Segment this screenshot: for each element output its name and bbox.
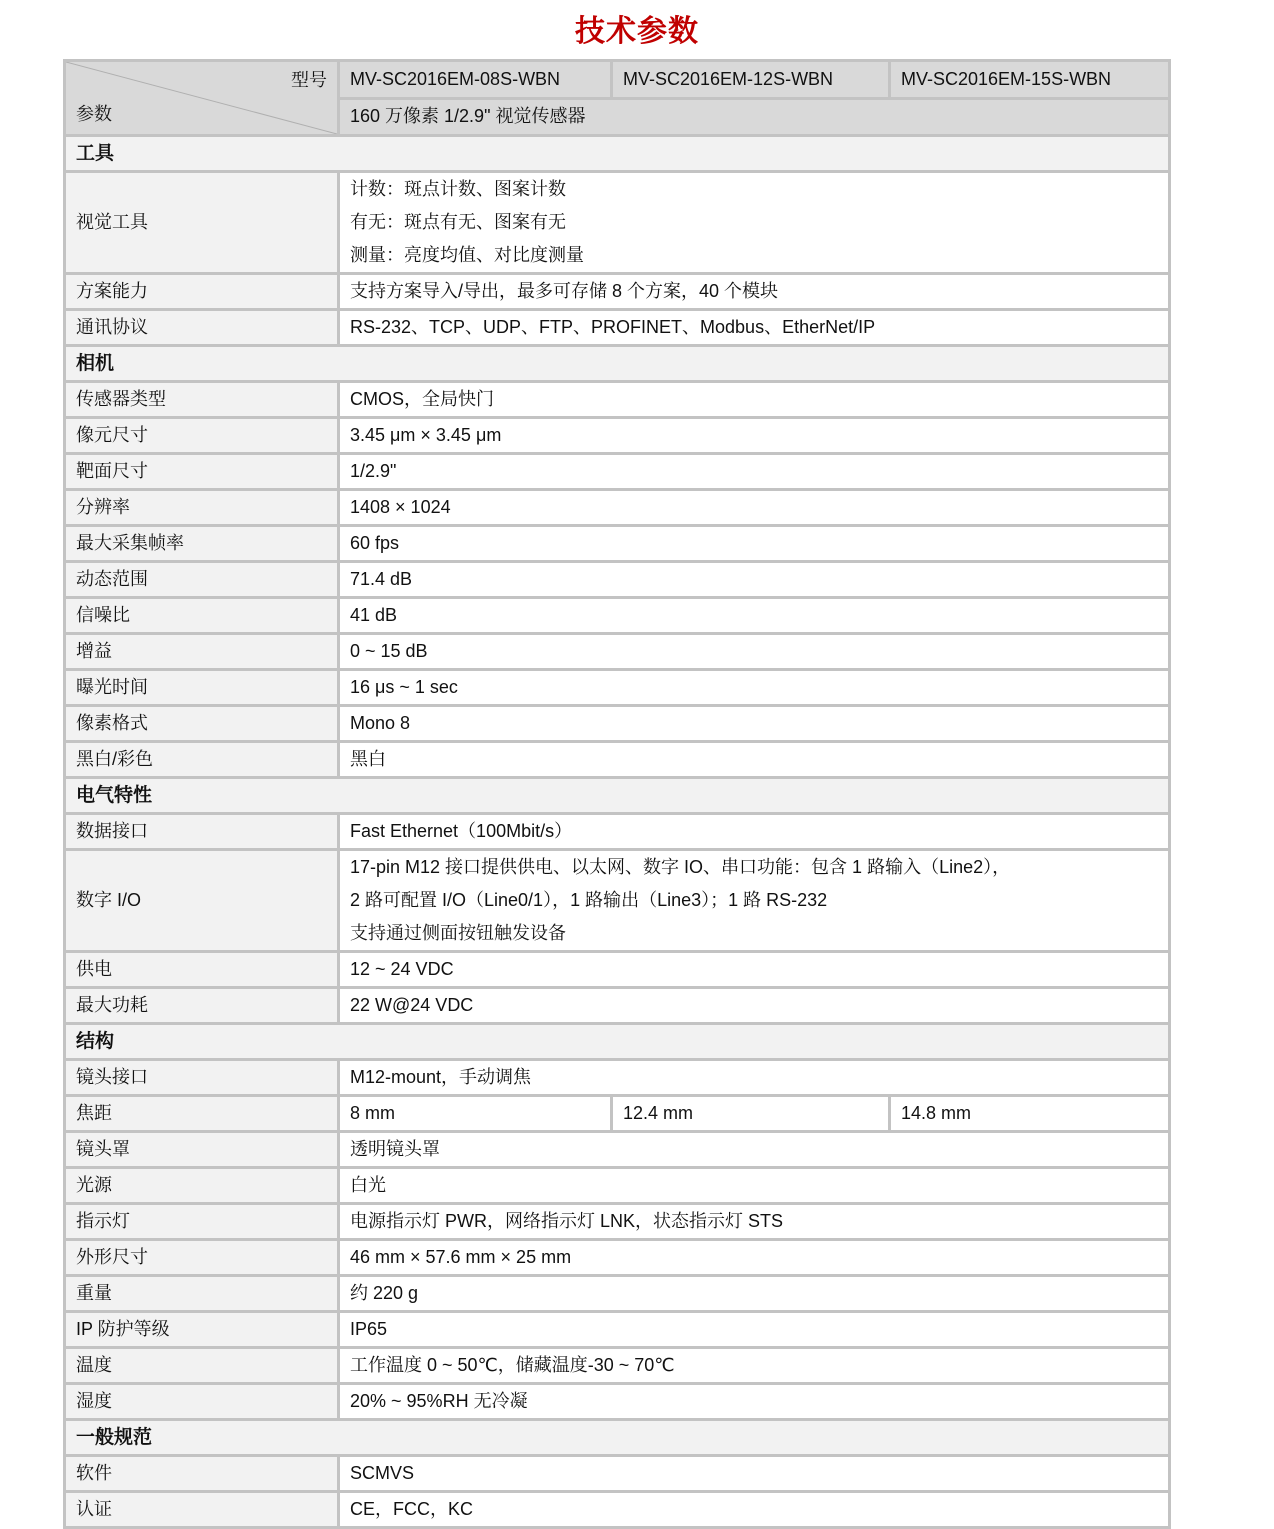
spec-label: 重量 [65, 1276, 339, 1312]
page-title: 技术参数 [0, 6, 1274, 50]
spec-label: 像元尺寸 [65, 418, 339, 454]
spec-value: M12-mount，手动调焦 [339, 1060, 1170, 1096]
model-cell: MV-SC2016EM-08S-WBN [339, 61, 612, 99]
spec-label: 最大采集帧率 [65, 526, 339, 562]
spec-label: 分辨率 [65, 490, 339, 526]
spec-value: 71.4 dB [339, 562, 1170, 598]
spec-value: 46 mm × 57.6 mm × 25 mm [339, 1240, 1170, 1276]
spec-label: 曝光时间 [65, 670, 339, 706]
spec-value: CMOS，全局快门 [339, 382, 1170, 418]
spec-value-per-model: 12.4 mm [612, 1096, 890, 1132]
spec-value-per-model: 8 mm [339, 1096, 612, 1132]
section-header: 电气特性 [65, 778, 1170, 814]
spec-value: 工作温度 0 ~ 50℃，储藏温度-30 ~ 70℃ [339, 1348, 1170, 1384]
section-header: 相机 [65, 346, 1170, 382]
spec-label: 传感器类型 [65, 382, 339, 418]
spec-value: 支持方案导入/导出，最多可存储 8 个方案，40 个模块 [339, 274, 1170, 310]
spec-label: 数据接口 [65, 814, 339, 850]
spec-label: 方案能力 [65, 274, 339, 310]
spec-label: 数字 I/O [65, 850, 339, 952]
spec-value: Mono 8 [339, 706, 1170, 742]
spec-value: 白光 [339, 1168, 1170, 1204]
spec-value: 计数：斑点计数、图案计数 有无：斑点有无、图案有无 测量：亮度均值、对比度测量 [339, 172, 1170, 274]
spec-value: 20% ~ 95%RH 无冷凝 [339, 1384, 1170, 1420]
spec-value: 电源指示灯 PWR，网络指示灯 LNK，状态指示灯 STS [339, 1204, 1170, 1240]
spec-label: 供电 [65, 952, 339, 988]
spec-label: 湿度 [65, 1384, 339, 1420]
spec-label: 外形尺寸 [65, 1240, 339, 1276]
spec-value: 17-pin M12 接口提供供电、以太网、数字 IO、串口功能：包含 1 路输… [339, 850, 1170, 952]
product-summary: 160 万像素 1/2.9" 视觉传感器 [339, 98, 1170, 136]
spec-value: 60 fps [339, 526, 1170, 562]
spec-label: 视觉工具 [65, 172, 339, 274]
spec-value: 1/2.9" [339, 454, 1170, 490]
spec-value: 黑白 [339, 742, 1170, 778]
spec-label: 通讯协议 [65, 310, 339, 346]
spec-value: 0 ~ 15 dB [339, 634, 1170, 670]
spec-value: 3.45 μm × 3.45 μm [339, 418, 1170, 454]
section-header: 一般规范 [65, 1420, 1170, 1456]
spec-value: 约 220 g [339, 1276, 1170, 1312]
spec-label: 焦距 [65, 1096, 339, 1132]
spec-table: 型号 参数 MV-SC2016EM-08S-WBN MV-SC2016EM-12… [63, 59, 1171, 1529]
spec-label: 镜头罩 [65, 1132, 339, 1168]
model-cell: MV-SC2016EM-12S-WBN [612, 61, 890, 99]
spec-value: Fast Ethernet（100Mbit/s） [339, 814, 1170, 850]
spec-value: 41 dB [339, 598, 1170, 634]
spec-label: 像素格式 [65, 706, 339, 742]
spec-value: 1408 × 1024 [339, 490, 1170, 526]
section-header: 工具 [65, 136, 1170, 172]
spec-label: 增益 [65, 634, 339, 670]
spec-label: 信噪比 [65, 598, 339, 634]
corner-label-param: 参数 [76, 98, 112, 131]
spec-label: 黑白/彩色 [65, 742, 339, 778]
spec-label: 光源 [65, 1168, 339, 1204]
spec-label: 镜头接口 [65, 1060, 339, 1096]
spec-value: CE，FCC，KC [339, 1492, 1170, 1528]
spec-value-per-model: 14.8 mm [890, 1096, 1170, 1132]
corner-label-model: 型号 [291, 64, 327, 97]
spec-label: 指示灯 [65, 1204, 339, 1240]
spec-value: 16 μs ~ 1 sec [339, 670, 1170, 706]
spec-value: RS-232、TCP、UDP、FTP、PROFINET、Modbus、Ether… [339, 310, 1170, 346]
spec-label: 温度 [65, 1348, 339, 1384]
spec-label: 最大功耗 [65, 988, 339, 1024]
spec-label: 认证 [65, 1492, 339, 1528]
spec-value: IP65 [339, 1312, 1170, 1348]
section-header: 结构 [65, 1024, 1170, 1060]
spec-value: 22 W@24 VDC [339, 988, 1170, 1024]
corner-cell: 型号 参数 [65, 61, 339, 136]
spec-label: IP 防护等级 [65, 1312, 339, 1348]
spec-value: SCMVS [339, 1456, 1170, 1492]
spec-label: 软件 [65, 1456, 339, 1492]
spec-label: 动态范围 [65, 562, 339, 598]
spec-value: 12 ~ 24 VDC [339, 952, 1170, 988]
model-cell: MV-SC2016EM-15S-WBN [890, 61, 1170, 99]
spec-label: 靶面尺寸 [65, 454, 339, 490]
spec-value: 透明镜头罩 [339, 1132, 1170, 1168]
